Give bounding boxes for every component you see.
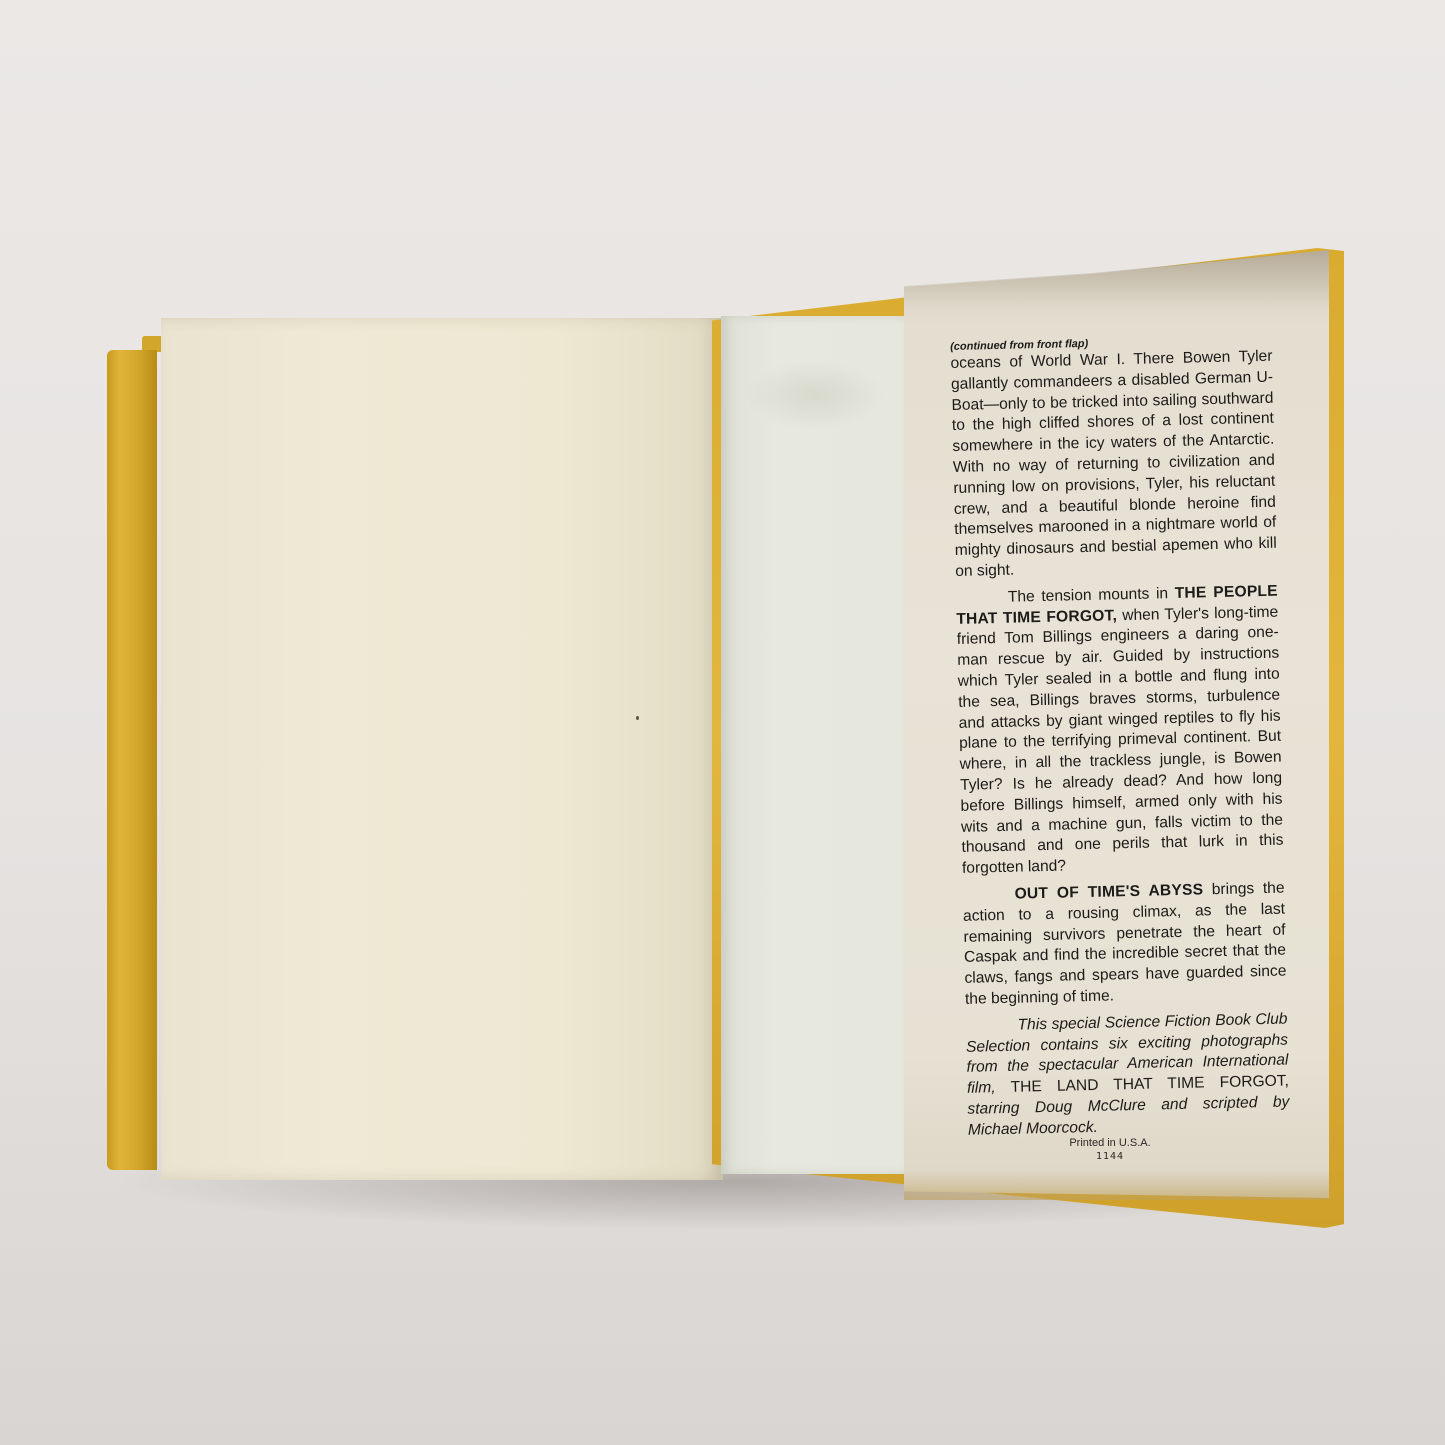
flap-bottom-wear <box>904 1170 1329 1200</box>
p4-rest: starring Doug McClure and scripted by Mi… <box>967 1093 1289 1138</box>
p2-rest: when Tyler's long-time friend Tom Billin… <box>957 603 1284 877</box>
title-land-that-time-forgot: THE LAND THAT TIME FORGOT, <box>1010 1073 1289 1096</box>
title-out-of-times-abyss: OUT OF TIME'S ABYSS <box>1014 881 1203 902</box>
blurb-paragraph-3: OUT OF TIME'S ABYSS brings the action to… <box>962 878 1287 1010</box>
print-code: 1144 <box>1055 1150 1165 1164</box>
blank-flyleaf-page <box>161 318 723 1180</box>
front-cover-edge <box>107 350 157 1170</box>
blurb-paragraph-4: This special Science Fiction Book Club S… <box>965 1009 1290 1141</box>
printer-imprint: Printed in U.S.A. 1144 <box>1055 1136 1165 1164</box>
p2-lead: The tension mounts in <box>1008 585 1175 606</box>
printed-in-usa: Printed in U.S.A. <box>1055 1136 1165 1150</box>
blurb-paragraph-1: oceans of World War I. There Bowen Tyler… <box>950 347 1277 583</box>
flap-top-wear <box>904 250 1329 310</box>
endpaper-stain <box>745 360 885 430</box>
back-endpaper <box>721 316 905 1174</box>
flap-blurb: (continued from front flap) oceans of Wo… <box>950 333 1290 1142</box>
page-speck <box>636 716 639 720</box>
blurb-paragraph-2: The tension mounts in THE PEOPLE THAT TI… <box>956 581 1285 879</box>
